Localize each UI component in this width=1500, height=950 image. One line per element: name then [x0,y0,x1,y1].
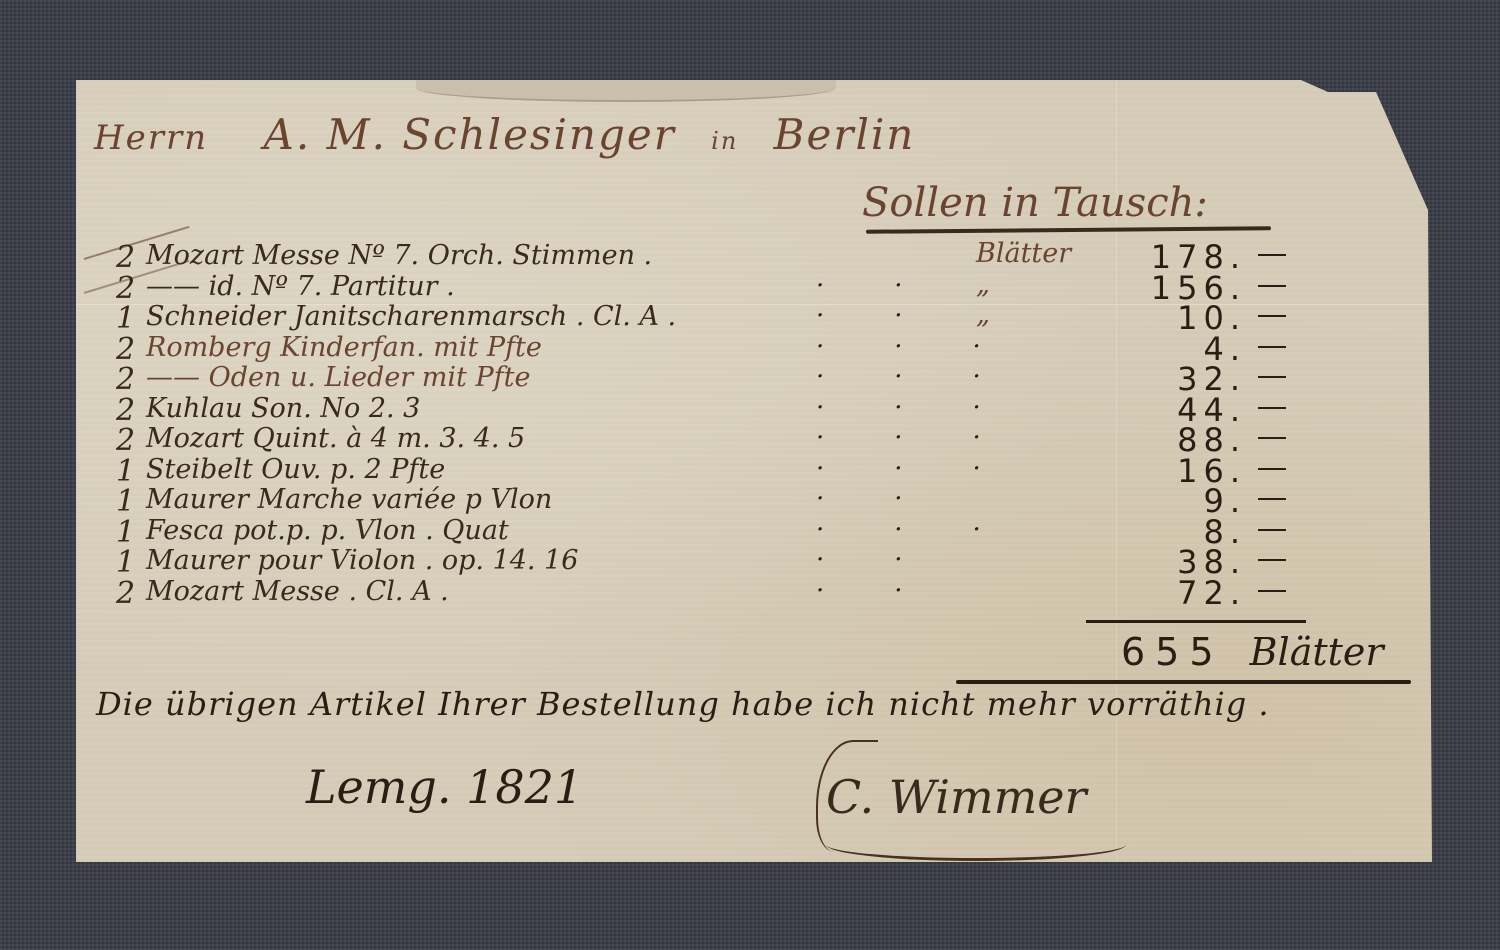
total-underline [956,680,1411,684]
price-dash [1258,407,1286,409]
leader-dots: ·· [816,576,973,606]
list-item: 2 Kuhlau Son. No 2. 3 ··· 44. [116,393,1416,424]
leader-dots: ··· [816,362,1051,392]
leader-dots: ··· [816,515,1051,545]
list-item: 1 Fesca pot.p. p. Vlon . Quat ··· 8. [116,515,1416,546]
price-dash [1258,346,1286,348]
item-unit: Blätter [976,238,1071,269]
item-desc: Mozart Messe Nº 7. Orch. Stimmen . [146,240,652,271]
item-unit: „ [976,299,990,330]
leader-dots: ··· [816,393,1051,423]
total-unit: Blätter [1250,630,1384,674]
total-line: 655 Blätter [1121,630,1384,674]
place-date: Lemg. 1821 [306,760,583,814]
item-desc: Maurer Marche variée p Vlon [146,484,552,515]
sum-rule [1086,620,1306,623]
item-desc: Mozart Messe . Cl. A . [146,576,449,607]
item-desc: Romberg Kinderfan. mit Pfte [146,332,542,363]
price-dash [1258,559,1286,561]
paper-tear [416,74,836,102]
price-dash [1258,315,1286,317]
leader-dots: ··· [816,454,1051,484]
price-dash [1258,285,1286,287]
price-dash [1258,254,1286,256]
item-desc: Schneider Janitscharenmarsch . Cl. A . [146,301,676,332]
item-desc: —— Oden u. Lieder mit Pfte [146,362,530,393]
list-item: 2 —— id. Nº 7. Partitur . ·· „ 156. [116,271,1416,302]
list-item: 2 Mozart Quint. à 4 m. 3. 4. 5 ··· 88. [116,423,1416,454]
item-desc: —— id. Nº 7. Partitur . [146,271,455,302]
addressee-line: Herrn A. M. Schlesinger in Berlin [94,110,915,159]
item-desc: Fesca pot.p. p. Vlon . Quat [146,515,509,546]
addressee-join: in [711,127,738,155]
list-item: 2 Mozart Messe . Cl. A . ·· 72. [116,576,1416,607]
ledger-heading: Sollen in Tausch: [862,180,1208,226]
addressee-city: Berlin [774,110,916,159]
list-item: 2 —— Oden u. Lieder mit Pfte ··· 32. [116,362,1416,393]
leader-dots: ·· [816,545,973,575]
leader-dots: ·· [816,301,973,331]
item-list: 2 Mozart Messe Nº 7. Orch. Stimmen . Blä… [116,240,1416,606]
addressee-prefix: Herrn [94,118,208,158]
price-dash [1258,437,1286,439]
leader-dots: ·· [816,271,973,301]
item-desc: Mozart Quint. à 4 m. 3. 4. 5 [146,423,525,454]
list-item: 1 Maurer Marche variée p Vlon ·· 9. [116,484,1416,515]
addressee-name: A. M. Schlesinger [264,110,676,159]
price-dash [1258,498,1286,500]
item-desc: Kuhlau Son. No 2. 3 [146,393,420,424]
list-item: 1 Steibelt Ouv. p. 2 Pfte ··· 16. [116,454,1416,485]
item-desc: Maurer pour Violon . op. 14. 16 [146,545,578,576]
leader-dots: ·· [816,484,973,514]
total-value: 655 [1121,630,1224,674]
item-desc: Steibelt Ouv. p. 2 Pfte [146,454,445,485]
manuscript-page: Herrn A. M. Schlesinger in Berlin Sollen… [76,80,1432,862]
list-item: 2 Romberg Kinderfan. mit Pfte ··· 4. [116,332,1416,363]
price-dash [1258,468,1286,470]
price-dash [1258,376,1286,378]
item-price: 72. [1177,574,1246,612]
heading-underline [866,226,1271,234]
item-unit: „ [976,269,990,300]
item-qty: 2 [116,576,144,611]
leader-dots: ··· [816,423,1051,453]
price-dash [1258,529,1286,531]
leader-dots: ··· [816,332,1051,362]
price-dash [1258,590,1286,592]
list-item: 1 Maurer pour Violon . op. 14. 16 ·· 38. [116,545,1416,576]
list-item: 2 Mozart Messe Nº 7. Orch. Stimmen . Blä… [116,240,1416,271]
list-item: 1 Schneider Janitscharenmarsch . Cl. A .… [116,301,1416,332]
signature-flourish [826,828,1126,861]
signature: C. Wimmer [826,770,1086,824]
closing-note: Die übrigen Artikel Ihrer Bestellung hab… [96,685,1270,723]
